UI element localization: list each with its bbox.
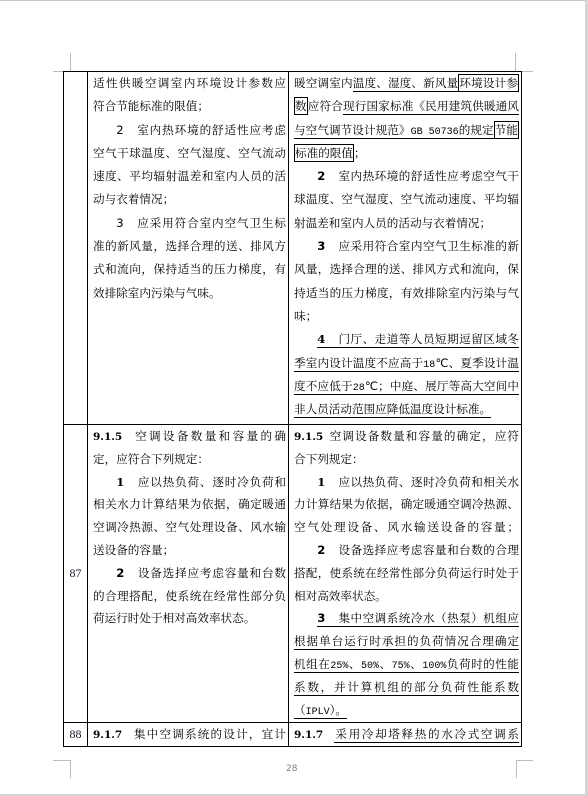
text-line: 风量，选择合理的送、排风方式和流向，保 — [294, 258, 519, 281]
text-line: 合下列规定： — [294, 448, 519, 471]
row-number — [64, 72, 88, 425]
text-segment: 应采用符合室内空气卫生标 — [136, 216, 286, 230]
item-number: 2 — [317, 169, 325, 183]
text-segment: ）。 — [330, 703, 347, 717]
text-segment: 符合节能标准的限值； — [93, 99, 209, 113]
revised-text: 采用冷却塔释热的水冷式空调系 — [334, 727, 519, 743]
text-segment: 射温差和室内人员的活动与衣着情况； — [294, 216, 491, 230]
text-line: 3应采用符合室内空气卫生标 — [93, 212, 286, 235]
text-segment: 室内热环境的舒适性应考虑 — [136, 123, 286, 137]
text-line: 9.1.7集中空调系统的设计，宜计 — [93, 723, 286, 745]
item-number: 3 — [116, 216, 123, 230]
table-row: 88 9.1.7集中空调系统的设计，宜计 9.1.7采用冷却塔释热的水冷式空调系 — [64, 723, 522, 747]
table-row: 适性供暖空调室内环境设计参数应 符合节能标准的限值； 2室内热环境的舒适性应考虑… — [64, 72, 522, 425]
text-line: 2室内热环境的舒适性应考虑空气干 — [294, 165, 519, 188]
text-line: 速度、平均辐射温差和室内人员的活 — [93, 165, 286, 188]
text-line: 力计算结果为依据，确定暖通空调冷热源、 — [294, 493, 519, 516]
highlighted-text: 数 — [294, 97, 308, 115]
revised-text: 机组在25%、50%、75%、100%负荷时的性能 — [294, 657, 519, 673]
text-line: 根据单台运行时承担的负荷情况合理确定 — [294, 630, 519, 653]
item-number: 2 — [317, 543, 325, 557]
text-line: 9.1.5空调设备数量和容量的确定，应符 — [294, 425, 519, 448]
text-segment: 送设备的容量； — [93, 543, 174, 557]
row-number: 88 — [64, 723, 88, 747]
text-segment: 空调冷热源、空气处理设备、风水输 — [93, 520, 286, 534]
text-line: 非人员活动范围应降低温度设计标准。 — [294, 398, 519, 421]
text-segment: 动与衣着情况； — [93, 192, 174, 206]
revised-clause-cell: 9.1.7采用冷却塔释热的水冷式空调系 — [289, 723, 522, 747]
text-line: 2设备选择应考虑容量和台数的合理 — [294, 539, 519, 562]
text-segment: 的合理搭配，使系统在经常性部分负 — [93, 589, 286, 603]
crop-mark-bottom-right-h — [516, 760, 533, 761]
page-number: 28 — [286, 764, 297, 774]
text-segment: 持适当的压力梯度，有效排除室内污染与气 — [294, 286, 519, 300]
text-segment: 季室内设计温度不应高于 — [294, 356, 423, 370]
clause-comparison-table: 适性供暖空调室内环境设计参数应 符合节能标准的限值； 2室内热环境的舒适性应考虑… — [63, 71, 522, 747]
text-segment: 空调设备数量和容量的确 — [133, 429, 286, 443]
text-line: 相对高效率状态。 — [294, 585, 519, 608]
text-segment: 式和流向，保持适当的压力梯度，有 — [93, 262, 286, 276]
text-line: 空气处理设备、风水输送设备的容量； — [294, 516, 519, 539]
table-row: 87 9.1.5空调设备数量和容量的确 定，应符合下列规定： 1应以热负荷、逐时… — [64, 425, 522, 723]
text-segment: 应以热负荷、逐时冷负荷和 — [137, 475, 286, 489]
revised-text: 4门厅、走道等人员短期逗留区域冬 — [317, 332, 519, 348]
text-segment: 风量，选择合理的送、排风方式和流向，保 — [294, 262, 519, 276]
text-line: 3应采用符合室内空气卫生标准的新 — [294, 235, 519, 258]
text-line: 适性供暖空调室内环境设计参数应 — [93, 72, 286, 95]
text-segment: 集中空调系统的设计，宜计 — [133, 727, 286, 741]
text-line: 季室内设计温度不应高于18℃、夏季设计温 — [294, 352, 519, 375]
revised-text: 季室内设计温度不应高于18℃、夏季设计温 — [294, 356, 519, 372]
highlighted-text: 标准的限值 — [294, 144, 354, 162]
text-segment: 搭配，使系统在经常性部分负荷运行时处于 — [294, 566, 519, 580]
text-segment: 相关水力计算结果为依据，确定暖通 — [93, 497, 286, 511]
item-number: 2 — [116, 123, 123, 137]
text-line: 数应符合现行国家标准《民用建筑供暖通风 — [294, 95, 519, 118]
text-line: 动与衣着情况； — [93, 188, 286, 211]
item-number: 3 — [317, 239, 325, 253]
text-line: 持适当的压力梯度，有效排除室内污染与气 — [294, 282, 519, 305]
text-segment: 应采用符合室内空气卫生标准的新 — [338, 239, 519, 253]
text-line: 4门厅、走道等人员短期逗留区域冬 — [294, 328, 519, 351]
clause-number: 9.1.7 — [294, 729, 323, 741]
text-segment: ； — [354, 146, 366, 160]
text-segment: 球温度、空气湿度、空气流动速度、平均辐 — [294, 192, 519, 206]
abbreviation: IPLV — [306, 707, 330, 718]
text-line: 式和流向，保持适当的压力梯度，有 — [93, 258, 286, 281]
text-segment: 暖空调室内 — [294, 76, 353, 90]
text-line: 3集中空调系统冷水（热泵）机组应 — [294, 607, 519, 630]
original-clause-cell: 适性供暖空调室内环境设计参数应 符合节能标准的限值； 2室内热环境的舒适性应考虑… — [88, 72, 289, 425]
text-segment: ℃；中庭、展厅等高大空间中 — [365, 379, 519, 393]
item-number: 1 — [116, 475, 124, 489]
text-line: 1应以热负荷、逐时冷负荷和相关水 — [294, 471, 519, 494]
revised-text: 非人员活动范围应降低温度设计标准。 — [294, 402, 491, 418]
text-line: 效排除室内污染与气味。 — [93, 282, 286, 305]
text-line: 标准的限值； — [294, 142, 519, 165]
crop-mark-bottom-left-v — [70, 760, 71, 778]
original-clause-cell: 9.1.7集中空调系统的设计，宜计 — [88, 723, 289, 747]
text-segment: 门厅、走道等人员短期逗留区域冬 — [338, 332, 519, 346]
crop-mark-bottom-right-v — [516, 760, 517, 778]
load-percentage: 25% — [330, 661, 348, 672]
text-segment: 度不应低于 — [294, 379, 353, 393]
revised-text: 3集中空调系统冷水（热泵）机组应 — [317, 611, 519, 627]
text-segment: 应以热负荷、逐时冷负荷和相关水 — [338, 475, 519, 489]
text-segment: 相对高效率状态。 — [294, 589, 387, 603]
revised-text: 度不应低于28℃；中庭、展厅等高大空间中 — [294, 379, 519, 395]
text-line: 1应以热负荷、逐时冷负荷和 — [93, 471, 286, 494]
revised-clause-cell: 暖空调室内温度、湿度、新风量环境设计参 数应符合现行国家标准《民用建筑供暖通风 … — [289, 72, 522, 425]
text-segment: 的规定 — [459, 123, 494, 137]
clause-number: 9.1.5 — [294, 431, 323, 443]
text-segment: 适性供暖空调室内环境设计参数应 — [93, 76, 286, 90]
revised-text: 与空气调节设计规范》GB 50736的规定 — [294, 123, 494, 139]
text-segment: 味； — [294, 309, 317, 323]
text-segment: （ — [294, 703, 306, 717]
text-line: 空调冷热源、空气处理设备、风水输 — [93, 516, 286, 539]
text-segment: 力计算结果为依据，确定暖通空调冷热源、 — [294, 497, 519, 511]
revised-text: 根据单台运行时承担的负荷情况合理确定 — [294, 634, 519, 650]
text-segment: 、 — [379, 657, 392, 671]
text-line: 搭配，使系统在经常性部分负荷运行时处于 — [294, 562, 519, 585]
text-line: 味； — [294, 305, 519, 328]
text-segment: 空调设备数量和容量的确定，应符 — [328, 429, 519, 443]
text-line: 度不应低于28℃；中庭、展厅等高大空间中 — [294, 375, 519, 398]
load-percentage: 50% — [361, 661, 379, 672]
text-line: 空气干球温度、空气湿度、空气流动 — [93, 142, 286, 165]
revised-clause-cell: 9.1.5空调设备数量和容量的确定，应符 合下列规定： 1应以热负荷、逐时冷负荷… — [289, 425, 522, 723]
text-line: 2设备选择应考虑容量和台数 — [93, 562, 286, 585]
revised-text: 系数，并计算机组的部分负荷性能系数 — [294, 680, 519, 696]
text-segment: 集中空调系统冷水（热泵）机组应 — [338, 611, 519, 625]
clause-number: 9.1.5 — [93, 431, 122, 443]
text-segment: 速度、平均辐射温差和室内人员的活 — [93, 169, 286, 183]
revised-text: 温度、湿度、新风量 — [353, 76, 459, 92]
text-segment: 、 — [410, 657, 423, 671]
text-line: 准的新风量，选择合理的送、排风方 — [93, 235, 286, 258]
temperature-value: 28 — [353, 383, 365, 394]
text-line: 定，应符合下列规定： — [93, 448, 286, 471]
text-line: 与空气调节设计规范》GB 50736的规定节能 — [294, 119, 519, 142]
text-segment: 负荷时的性能 — [446, 657, 519, 671]
text-line: 球温度、空气湿度、空气流动速度、平均辐 — [294, 188, 519, 211]
load-percentage: 100% — [422, 661, 446, 672]
text-line: 2室内热环境的舒适性应考虑 — [93, 119, 286, 142]
text-segment: ℃、夏季设计温 — [435, 356, 519, 370]
item-number: 2 — [116, 566, 124, 580]
text-segment: 准的新风量，选择合理的送、排风方 — [93, 239, 286, 253]
text-segment: 效排除室内污染与气味。 — [93, 286, 221, 300]
text-line: （IPLV）。 — [294, 699, 519, 722]
text-line: 送设备的容量； — [93, 539, 286, 562]
text-segment: 设备选择应考虑容量和台数 — [137, 566, 286, 580]
item-number: 1 — [317, 475, 325, 489]
temperature-value: 18 — [423, 360, 435, 371]
text-line: 荷运行时处于相对高效率状态。 — [93, 607, 286, 630]
text-segment: 机组在 — [294, 657, 330, 671]
document-page: 适性供暖空调室内环境设计参数应 符合节能标准的限值； 2室内热环境的舒适性应考虑… — [0, 0, 585, 794]
crop-mark-top-right-v — [515, 53, 516, 71]
revised-text: 现行国家标准《民用建筑供暖通风 — [343, 99, 519, 115]
text-line: 符合节能标准的限值； — [93, 95, 286, 118]
text-segment: 、 — [348, 657, 361, 671]
text-segment: 空气干球温度、空气湿度、空气流动 — [93, 146, 286, 160]
load-percentage: 75% — [392, 661, 410, 672]
text-line: 9.1.7采用冷却塔释热的水冷式空调系 — [294, 723, 519, 745]
text-segment: 合下列规定： — [294, 452, 364, 466]
text-line: 射温差和室内人员的活动与衣着情况； — [294, 212, 519, 235]
text-line: 相关水力计算结果为依据，确定暖通 — [93, 493, 286, 516]
text-line: 机组在25%、50%、75%、100%负荷时的性能 — [294, 653, 519, 676]
text-segment: 荷运行时处于相对高效率状态。 — [93, 611, 255, 625]
item-number: 3 — [317, 611, 325, 625]
text-segment: 应符合 — [308, 99, 343, 113]
original-clause-cell: 9.1.5空调设备数量和容量的确 定，应符合下列规定： 1应以热负荷、逐时冷负荷… — [88, 425, 289, 723]
text-segment: 定，应符合下列规定： — [93, 452, 209, 466]
text-line: 9.1.5空调设备数量和容量的确 — [93, 425, 286, 448]
clause-number: 9.1.7 — [93, 729, 122, 741]
highlighted-text: 节能 — [494, 121, 519, 139]
revised-text: （IPLV）。 — [294, 703, 347, 719]
text-segment: 室内热环境的舒适性应考虑空气干 — [338, 169, 519, 183]
text-segment: 设备选择应考虑容量和台数的合理 — [338, 543, 519, 557]
text-line: 的合理搭配，使系统在经常性部分负 — [93, 585, 286, 608]
highlighted-text: 环境设计参 — [458, 74, 519, 92]
crop-mark-bottom-left-h — [53, 760, 70, 761]
text-line: 暖空调室内温度、湿度、新风量环境设计参 — [294, 72, 519, 95]
standard-code: GB 50736 — [411, 127, 459, 138]
text-line: 系数，并计算机组的部分负荷性能系数 — [294, 676, 519, 699]
text-segment: 与空气调节设计规范》 — [294, 123, 411, 137]
item-number: 4 — [317, 332, 325, 346]
crop-mark-top-left-v — [70, 53, 71, 71]
text-segment: 空气处理设备、风水输送设备的容量； — [294, 520, 519, 534]
row-number: 87 — [64, 425, 88, 723]
